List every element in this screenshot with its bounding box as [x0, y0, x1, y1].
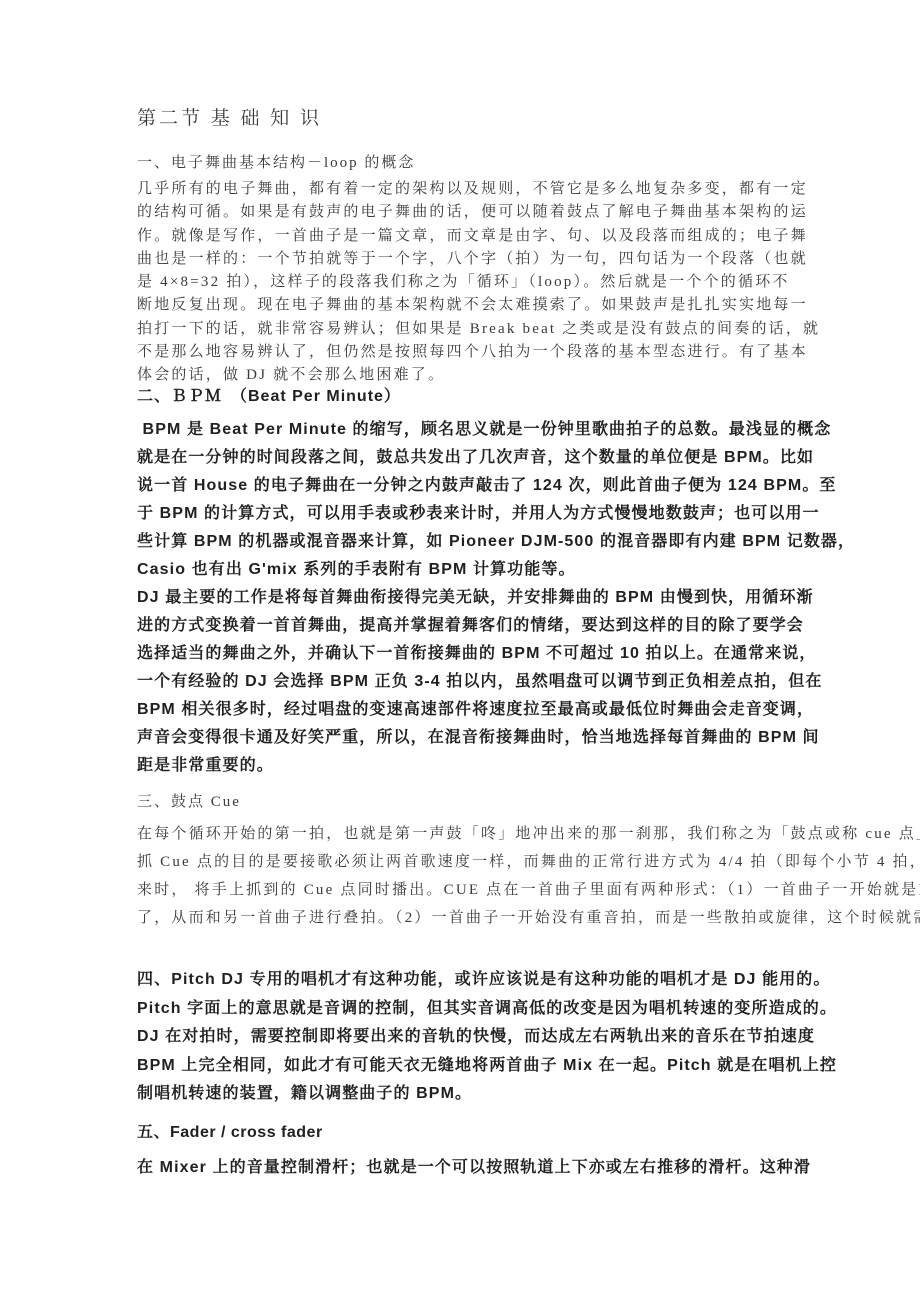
text-line: 断地反复出现。现在电子舞曲的基本架构就不会太难摸索了。如果鼓声是扎扎实实地每一: [137, 294, 837, 317]
text-line: 就是在一分钟的时间段落之间，鼓总共发出了几次声音，这个数量的单位便是 BPM。比…: [137, 444, 837, 472]
text-line: Pitch 字面上的意思就是音调的控制，但其实音调高低的改变是因为唱机转速的变所…: [137, 995, 837, 1024]
text-line: 说一首 House 的电子舞曲在一分钟之内鼓声敲击了 124 次，则此首曲子便为…: [137, 472, 837, 500]
text-line: 不是那么地容易辨认了，但仍然是按照每四个八拍为一个段落的基本型态进行。有了基本: [137, 341, 837, 364]
section-heading: 一、电子舞曲基本结构－loop 的概念: [137, 150, 837, 176]
text-line: 几乎所有的电子舞曲，都有着一定的架构以及规则，不管它是多么地复杂多变，都有一定: [137, 178, 837, 201]
text-line: 在每个循环开始的第一拍，也就是第一声鼓「咚」地冲出来的那一刹那，我们称之为「鼓点…: [137, 820, 920, 848]
section-heading: 二、ＢＰＭ （Beat Per Minute）: [137, 382, 837, 412]
text-line: 来时， 将手上抓到的 Cue 点同时播出。CUE 点在一首曲子里面有两种形式：（…: [137, 876, 920, 904]
section-loop-concept: 一、电子舞曲基本结构－loop 的概念 几乎所有的电子舞曲，都有着一定的架构以及…: [137, 150, 837, 388]
text-line: 了，从而和另一首曲子进行叠拍。（2）一首曲子一开始没有重音拍，而是一些散拍或旋律…: [137, 904, 920, 932]
section-cue: 三、鼓点 Cue 在每个循环开始的第一拍，也就是第一声鼓「咚」地冲出来的那一刹那…: [137, 788, 920, 932]
text-line: 作。就像是写作，一首曲子是一篇文章，而文章是由字、句、以及段落而组成的；电子舞: [137, 225, 837, 248]
text-line: 一个有经验的 DJ 会选择 BPM 正负 3-4 拍以内，虽然唱盘可以调节到正负…: [137, 668, 837, 696]
section-fader: 五、Fader / cross fader 在 Mixer 上的音量控制滑杆；也…: [137, 1118, 837, 1182]
text-line: DJ 最主要的工作是将每首舞曲衔接得完美无缺，并安排舞曲的 BPM 由慢到快，用…: [137, 584, 837, 612]
text-line: 是 4×8=32 拍），这样子的段落我们称之为「循环」（loop）。然后就是一个…: [137, 271, 837, 294]
text-line: BPM 上完全相同，如此才有可能天衣无缝地将两首曲子 Mix 在一起。Pitch…: [137, 1052, 837, 1081]
text-line: 制唱机转速的装置，籍以调整曲子的 BPM。: [137, 1080, 837, 1109]
section-heading: 三、鼓点 Cue: [137, 788, 920, 816]
text-line: 拍打一下的话，就非常容易辨认；但如果是 Break beat 之类或是没有鼓点的…: [137, 318, 837, 341]
text-line: 抓 Cue 点的目的是要接歌必须让两首歌速度一样，而舞曲的正常行进方式为 4/4…: [137, 848, 920, 876]
document-page: 第二节 基 础 知 识 一、电子舞曲基本结构－loop 的概念 几乎所有的电子舞…: [0, 0, 920, 1302]
section-pitch: 四、Pitch DJ 专用的唱机才有这种功能，或许应该说是有这种功能的唱机才是 …: [137, 966, 837, 1109]
section-bpm: 二、ＢＰＭ （Beat Per Minute） BPM 是 Beat Per M…: [137, 382, 837, 780]
text-line: 些计算 BPM 的机器或混音器来计算，如 Pioneer DJM-500 的混音…: [137, 528, 837, 556]
text-line: BPM 相关很多时，经过唱盘的变速高速部件将速度拉至最高或最低位时舞曲会走音变调…: [137, 696, 837, 724]
text-line: 声音会变得很卡通及好笑严重，所以，在混音衔接舞曲时，恰当地选择每首舞曲的 BPM…: [137, 724, 837, 752]
text-line: DJ 在对拍时，需要控制即将要出来的音轨的快慢，而达成左右两轨出来的音乐在节拍速…: [137, 1023, 837, 1052]
text-line: 在 Mixer 上的音量控制滑杆；也就是一个可以按照轨道上下亦或左右推移的滑杆。…: [137, 1154, 837, 1182]
section-heading: 五、Fader / cross fader: [137, 1118, 837, 1148]
text-line: 四、Pitch DJ 专用的唱机才有这种功能，或许应该说是有这种功能的唱机才是 …: [137, 966, 837, 995]
text-line: 于 BPM 的计算方式，可以用手表或秒表来计时，并用人为方式慢慢地数鼓声；也可以…: [137, 500, 837, 528]
text-line: 的结构可循。如果是有鼓声的电子舞曲的话，便可以随着鼓点了解电子舞曲基本架构的运: [137, 201, 837, 224]
text-line: 距是非常重要的。: [137, 752, 837, 780]
text-line: 曲也是一样的：一个节拍就等于一个字，八个字（拍）为一句，四句话为一个段落（也就: [137, 248, 837, 271]
doc-title: 第二节 基 础 知 识: [137, 104, 322, 134]
text-line: 选择适当的舞曲之外，并确认下一首衔接舞曲的 BPM 不可超过 10 拍以上。在通…: [137, 640, 837, 668]
text-line: Casio 也有出 G'mix 系列的手表附有 BPM 计算功能等。: [137, 556, 837, 584]
text-line: BPM 是 Beat Per Minute 的缩写，顾名思义就是一份钟里歌曲拍子…: [137, 416, 837, 444]
text-line: 进的方式变换着一首首舞曲，提高并掌握着舞客们的情绪，要达到这样的目的除了要学会: [137, 612, 837, 640]
